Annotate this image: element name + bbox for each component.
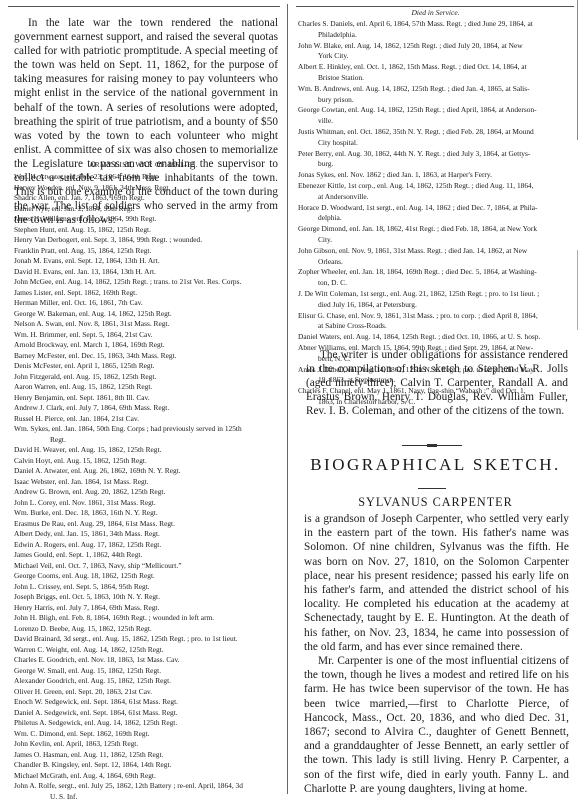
entry-text: George W. Bakeman, enl. Aug. 14, 1862, 1… — [14, 309, 172, 318]
list-item: Charles E. Goodrich, enl. Nov. 18, 1863,… — [14, 655, 284, 666]
entry-text: Herman Miller, enl. Oct. 16, 1861, 7th C… — [14, 298, 143, 307]
entry-text: Franklin Pratt, enl. Aug. 15, 1864, 125t… — [14, 246, 151, 255]
army-list: Wm. H. Atwater, enl. Feb. 23, 1864, 164t… — [14, 172, 284, 800]
list-item: Peter Berry, enl. Aug. 30, 1862, 44th N.… — [298, 149, 566, 171]
entry-text: Wm. B. Andrews, enl. Aug. 14, 1862, 125t… — [298, 84, 530, 93]
list-item: David H. Weaver, enl. Aug. 15, 1862, 125… — [14, 445, 284, 456]
list-item: Wm. H. Atwater, enl. Feb. 23, 1864, 164t… — [14, 172, 284, 183]
list-item: Horace D. Woodward, 1st sergt., enl. Aug… — [298, 203, 566, 225]
entry-continuation: ville. — [298, 116, 566, 127]
ornamental-rule — [402, 445, 462, 446]
entry-text: Oliver H. Green, enl. Sept. 20, 1863, 21… — [14, 687, 152, 696]
entry-continuation: Orleans. — [298, 257, 566, 268]
entry-continuation: City hospital. — [298, 138, 566, 149]
entry-text: John H. Bligh, enl. Feb. 8, 1864, 169th … — [14, 613, 214, 622]
list-item: Wm. C. Dimond, enl. Sept. 1862, 169th Re… — [14, 729, 284, 740]
entry-continuation: ton, D. C. — [298, 278, 566, 289]
page-edge-lower — [577, 250, 578, 330]
entry-text: Zopher Wheeler, enl. Jan. 18, 1864, 169t… — [298, 267, 537, 276]
entry-text: Albert E. Hinkley, enl. Oct. 1, 1862, 15… — [298, 62, 527, 71]
entry-text: Michael McGrath, enl. Aug. 4, 1864, 69th… — [14, 771, 156, 780]
list-item: Wm. Burke, enl. Dec. 18, 1863, 16th N. Y… — [14, 508, 284, 519]
entry-text: Lorenzo D. Beebe, Aug. 15, 1862, 125th R… — [14, 624, 152, 633]
entry-text: J. De Witt Coleman, 1st sergt., enl. Aug… — [298, 289, 539, 298]
bio-paragraph-2: Mr. Carpenter is one of the most influen… — [304, 654, 569, 796]
entry-text: Harvey Wooden, enl. Nov. 9, 1861, 34th M… — [14, 183, 170, 192]
entry-text: Denis McFester, enl. April 1, 1865, 125t… — [14, 361, 155, 370]
list-item: John H. Bligh, enl. Feb. 8, 1864, 169th … — [14, 613, 284, 624]
list-item: Wm. B. Andrews, enl. Aug. 14, 1862, 125t… — [298, 84, 566, 106]
entry-continuation: Bristoe Station. — [298, 73, 566, 84]
list-item: Charles S. Daniels, enl. April 6, 1864, … — [298, 19, 566, 41]
entry-text: Edwin A. Rogers, enl. Aug. 17, 1862, 125… — [14, 540, 161, 549]
list-item: Arnold Brockway, enl. March 1, 1864, 169… — [14, 340, 284, 351]
entry-text: Stephen Hunt, enl. Aug. 15, 1862, 125th … — [14, 225, 151, 234]
list-item: Jonas Sykes, enl. Nov. 1862 ; died Jan. … — [298, 170, 566, 181]
entry-continuation: City. — [298, 235, 566, 246]
entry-text: John Gibson, enl. Nov. 9, 1861, 31st Mas… — [298, 246, 527, 255]
list-item: James H. Williams, enl. Jan. 2, 1864, 99… — [14, 214, 284, 225]
list-item: Wm. Sykes, enl. Jan. 1864, 50th Eng. Cor… — [14, 424, 284, 445]
entry-text: Elisur G. Chase, enl. Nov. 9, 1861, 31st… — [298, 311, 538, 320]
entry-text: Philetus A. Sedgewick, enl. Aug. 14, 186… — [14, 718, 177, 727]
entry-continuation: U. S. Inf. — [22, 792, 284, 800]
list-item: Denis McFester, enl. April 1, 1865, 125t… — [14, 361, 284, 372]
entry-text: John L. Corey, enl. Nov. 1861, 31st Mass… — [14, 498, 156, 507]
list-item: George W. Small, enl. Aug. 15, 1862, 125… — [14, 666, 284, 677]
list-item: George Cowtan, enl. Aug. 14, 1862, 125th… — [298, 105, 566, 127]
entry-text: George Cooms, enl. Aug. 18, 1862, 125th … — [14, 571, 155, 580]
entry-text: Daniel Nye, enl. Jan. 2, 1864, 99th Regt… — [14, 204, 135, 213]
list-item: J. De Witt Coleman, 1st sergt., enl. Aug… — [298, 289, 566, 311]
list-item: John Gibson, enl. Nov. 9, 1861, 31st Mas… — [298, 246, 566, 268]
list-item: Henry Harris, enl. July 7, 1864, 69th Ma… — [14, 603, 284, 614]
entry-continuation: at Andersonville. — [298, 192, 566, 203]
list-item: Elisur G. Chase, enl. Nov. 9, 1861, 31st… — [298, 311, 566, 333]
entry-text: Michael Veil, enl. Oct. 7, 1863, Navy, s… — [14, 561, 181, 570]
entry-text: Andrew J. Clark, enl. July 7, 1864, 69th… — [14, 403, 169, 412]
top-rule-right — [296, 6, 574, 7]
page-edge — [577, 0, 578, 140]
entry-text: Wm. Sykes, enl. Jan. 1864, 50th Eng. Cor… — [14, 424, 242, 433]
list-item: Oliver H. Green, enl. Sept. 20, 1863, 21… — [14, 687, 284, 698]
entry-text: Horace D. Woodward, 1st sergt., enl. Aug… — [298, 203, 538, 212]
list-item: Ebenezer Kittle, 1st corp., enl. Aug. 14… — [298, 181, 566, 203]
entry-text: Ebenezer Kittle, 1st corp., enl. Aug. 14… — [298, 181, 534, 190]
entry-text: James Gould, enl. Sept. 1, 1862, 44th Re… — [14, 550, 142, 559]
entry-continuation: at Sabine Cross-Roads. — [298, 321, 566, 332]
entry-text: Joseph Briggs, enl. Oct. 5, 1863, 10th N… — [14, 592, 160, 601]
list-item: Warren C. Weight, enl. Aug. 14, 1862, 12… — [14, 645, 284, 656]
entry-text: John A. Rolfe, sergt., enl. July 25, 186… — [14, 781, 243, 790]
entry-text: John Fitzgerald, enl. Aug. 15, 1862, 125… — [14, 372, 156, 381]
list-item: Andrew G. Brown, enl. Aug. 20, 1862, 125… — [14, 487, 284, 498]
list-item: Stephen Hunt, enl. Aug. 15, 1862, 125th … — [14, 225, 284, 236]
list-item: Andrew J. Clark, enl. July 7, 1864, 69th… — [14, 403, 284, 414]
entry-text: John L. Crissey, enl. Sept. 5, 1864, 95t… — [14, 582, 150, 591]
list-item: Erasmus De Rau, enl. Aug. 29, 1864, 61st… — [14, 519, 284, 530]
list-item: Henry Van Derbogert, enl. Sept. 3, 1864,… — [14, 235, 284, 246]
list-item: Zopher Wheeler, enl. Jan. 18, 1864, 169t… — [298, 267, 566, 289]
list-item: Calvin Hoyt, enl. Aug. 15, 1862, 125th R… — [14, 456, 284, 467]
list-item: Albert E. Hinkley, enl. Oct. 1, 1862, 15… — [298, 62, 566, 84]
list-item: Aaron Warren, enl. Aug. 15, 1862, 125th … — [14, 382, 284, 393]
column-divider — [287, 4, 288, 794]
list-item: Franklin Pratt, enl. Aug. 15, 1864, 125t… — [14, 246, 284, 257]
entry-text: Wm. H. Atwater, enl. Feb. 23, 1864, 164t… — [14, 172, 158, 181]
entry-text: Wm. H. Brimmer, enl. Sept. 5, 1864, 21st… — [14, 330, 152, 339]
list-item: Justis Whitman, enl. Oct. 1862, 35th N. … — [298, 127, 566, 149]
list-item: Daniel A. Sedgewick, enl. Sept. 1864, 61… — [14, 708, 284, 719]
list-item: Edwin A. Rogers, enl. Aug. 17, 1862, 125… — [14, 540, 284, 551]
list-item: Albert Dedy, enl. Jan. 15, 1861, 34th Ma… — [14, 529, 284, 540]
entry-text: Henry Van Derbogert, enl. Sept. 3, 1864,… — [14, 235, 202, 244]
entry-text: Wm. Burke, enl. Dec. 18, 1863, 16th N. Y… — [14, 508, 158, 517]
list-item: Wm. H. Brimmer, enl. Sept. 5, 1864, 21st… — [14, 330, 284, 341]
entry-text: Russel H. Pierce, enl. Jan. 1864, 21st C… — [14, 414, 139, 423]
died-in-service-title: Died in Service. — [290, 8, 581, 17]
entry-text: Isaac Webster, enl. Jan. 1864, 1st Mass.… — [14, 477, 149, 486]
entry-text: Jonah M. Evans, enl. Sept. 12, 1864, 13t… — [14, 256, 160, 265]
army-list-title: ARMY LIST, WAR OF 1861–65. — [0, 160, 287, 169]
list-item: Herman Miller, enl. Oct. 16, 1861, 7th C… — [14, 298, 284, 309]
entry-text: Justis Whitman, enl. Oct. 1862, 35th N. … — [298, 127, 534, 136]
entry-text: Charles S. Daniels, enl. April 6, 1864, … — [298, 19, 533, 28]
entry-text: Arnold Brockway, enl. March 1, 1864, 169… — [14, 340, 165, 349]
short-rule — [418, 488, 446, 489]
list-item: George Cooms, enl. Aug. 18, 1862, 125th … — [14, 571, 284, 582]
list-item: Shadric Allen, enl. Jan. 7, 1863, 169th … — [14, 193, 284, 204]
entry-text: Enoch W. Sedgewick, enl. Sept. 1864, 61s… — [14, 697, 178, 706]
list-item: Barney McFester, enl. Dec. 15, 1863, 34t… — [14, 351, 284, 362]
entry-text: David H. Evans, enl. Jan. 13, 1864, 13th… — [14, 267, 156, 276]
entry-text: Daniel Waters, enl. Aug. 14, 1864, 125th… — [298, 332, 540, 341]
list-item: Russel H. Pierce, enl. Jan. 1864, 21st C… — [14, 414, 284, 425]
list-item: George Dimond, enl. Jan. 18, 1862, 41st … — [298, 224, 566, 246]
list-item: John Fitzgerald, enl. Aug. 15, 1862, 125… — [14, 372, 284, 383]
entry-text: Aaron Warren, enl. Aug. 15, 1862, 125th … — [14, 382, 152, 391]
list-item: John McGee, enl. Aug. 14, 1862, 125th Re… — [14, 277, 284, 288]
list-item: Daniel Waters, enl. Aug. 14, 1864, 125th… — [298, 332, 566, 343]
entry-text: James H. Williams, enl. Jan. 2, 1864, 99… — [14, 214, 156, 223]
bio-paragraph-1: is a grandson of Joseph Carpenter, who s… — [304, 512, 569, 654]
list-item: James Gould, enl. Sept. 1, 1862, 44th Re… — [14, 550, 284, 561]
entry-continuation: Philadelphia. — [298, 30, 566, 41]
list-item: John L. Corey, enl. Nov. 1861, 31st Mass… — [14, 498, 284, 509]
list-item: James O. Hasman, enl. Aug. 11, 1862, 125… — [14, 750, 284, 761]
list-item: Harvey Wooden, enl. Nov. 9, 1861, 34th M… — [14, 183, 284, 194]
entry-text: Andrew G. Brown, enl. Aug. 20, 1862, 125… — [14, 487, 165, 496]
list-item: Lorenzo D. Beebe, Aug. 15, 1862, 125th R… — [14, 624, 284, 635]
subject-name-heading: SYLVANUS CARPENTER — [290, 495, 581, 510]
entry-text: Warren C. Weight, enl. Aug. 14, 1862, 12… — [14, 645, 164, 654]
list-item: David Brainard, 3d sergt., enl. Aug. 15,… — [14, 634, 284, 645]
entry-text: Peter Berry, enl. Aug. 30, 1862, 44th N.… — [298, 149, 530, 158]
entry-text: Henry Harris, enl. July 7, 1864, 69th Ma… — [14, 603, 159, 612]
entry-text: Albert Dedy, enl. Jan. 15, 1861, 34th Ma… — [14, 529, 160, 538]
list-item: Michael McGrath, enl. Aug. 4, 1864, 69th… — [14, 771, 284, 782]
section-title: BIOGRAPHICAL SKETCH. — [290, 455, 581, 475]
list-item: John W. Blake, enl. Aug. 14, 1862, 125th… — [298, 41, 566, 63]
entry-text: Daniel A. Sedgewick, enl. Sept. 1864, 61… — [14, 708, 178, 717]
entry-text: Jonas Sykes, enl. Nov. 1862 ; died Jan. … — [298, 170, 492, 179]
entry-continuation: delphia. — [298, 213, 566, 224]
entry-continuation: Regt. — [22, 435, 284, 446]
list-item: Alexander Goodrich, enl. Aug. 15, 1862, … — [14, 676, 284, 687]
list-item: Philetus A. Sedgewick, enl. Aug. 14, 186… — [14, 718, 284, 729]
list-item: Joseph Briggs, enl. Oct. 5, 1863, 10th N… — [14, 592, 284, 603]
biography-body: is a grandson of Joseph Carpenter, who s… — [304, 512, 569, 796]
top-rule-left — [8, 6, 280, 7]
list-item: Michael Veil, enl. Oct. 7, 1863, Navy, s… — [14, 561, 284, 572]
list-item: Isaac Webster, enl. Jan. 1864, 1st Mass.… — [14, 477, 284, 488]
entry-text: Nelson A. Swan, enl. Nov. 8, 1861, 31st … — [14, 319, 169, 328]
entry-text: George W. Small, enl. Aug. 15, 1862, 125… — [14, 666, 161, 675]
list-item: Nelson A. Swan, enl. Nov. 8, 1861, 31st … — [14, 319, 284, 330]
entry-text: Charles E. Goodrich, enl. Nov. 18, 1863,… — [14, 655, 180, 664]
list-item: Daniel A. Atwater, enl. Aug. 26, 1862, 1… — [14, 466, 284, 477]
list-item: Chandler B. Kingsley, enl. Sept. 12, 186… — [14, 760, 284, 771]
entry-text: Wm. C. Dimond, enl. Sept. 1862, 169th Re… — [14, 729, 150, 738]
entry-continuation: bury prison. — [298, 95, 566, 106]
entry-text: Barney McFester, enl. Dec. 15, 1863, 34t… — [14, 351, 176, 360]
entry-text: David H. Weaver, enl. Aug. 15, 1862, 125… — [14, 445, 161, 454]
entry-text: James Lister, enl. Sept. 1862, 169th Reg… — [14, 288, 137, 297]
entry-text: Shadric Allen, enl. Jan. 7, 1863, 169th … — [14, 193, 145, 202]
entry-text: Alexander Goodrich, enl. Aug. 15, 1862, … — [14, 676, 171, 685]
acknowledgment-paragraph: The writer is under obligations for assi… — [306, 348, 568, 418]
entry-text: James O. Hasman, enl. Aug. 11, 1862, 125… — [14, 750, 163, 759]
list-item: George W. Bakeman, enl. Aug. 14, 1862, 1… — [14, 309, 284, 320]
entry-continuation: died July 16, 1864, at Petersburg. — [298, 300, 566, 311]
entry-text: John McGee, enl. Aug. 14, 1862, 125th Re… — [14, 277, 241, 286]
list-item: Daniel Nye, enl. Jan. 2, 1864, 99th Regt… — [14, 204, 284, 215]
entry-text: George Cowtan, enl. Aug. 14, 1862, 125th… — [298, 105, 537, 114]
entry-text: David Brainard, 3d sergt., enl. Aug. 15,… — [14, 634, 238, 643]
entry-text: Henry Benjamin, enl. Sept. 1861, 8th Ill… — [14, 393, 150, 402]
list-item: John A. Rolfe, sergt., enl. July 25, 186… — [14, 781, 284, 800]
list-item: Enoch W. Sedgewick, enl. Sept. 1864, 61s… — [14, 697, 284, 708]
list-item: David H. Evans, enl. Jan. 13, 1864, 13th… — [14, 267, 284, 278]
entry-text: Chandler B. Kingsley, enl. Sept. 12, 186… — [14, 760, 171, 769]
list-item: John Kevlin, enl. April, 1863, 125th Reg… — [14, 739, 284, 750]
entry-text: Erasmus De Rau, enl. Aug. 29, 1864, 61st… — [14, 519, 175, 528]
list-item: Jonah M. Evans, enl. Sept. 12, 1864, 13t… — [14, 256, 284, 267]
entry-text: George Dimond, enl. Jan. 18, 1862, 41st … — [298, 224, 537, 233]
list-item: John L. Crissey, enl. Sept. 5, 1864, 95t… — [14, 582, 284, 593]
entry-continuation: burg. — [298, 159, 566, 170]
entry-continuation: York City. — [298, 51, 566, 62]
entry-text: John Kevlin, enl. April, 1863, 125th Reg… — [14, 739, 138, 748]
entry-text: John W. Blake, enl. Aug. 14, 1862, 125th… — [298, 41, 523, 50]
entry-text: Daniel A. Atwater, enl. Aug. 26, 1862, 1… — [14, 466, 181, 475]
list-item: Henry Benjamin, enl. Sept. 1861, 8th Ill… — [14, 393, 284, 404]
entry-text: Calvin Hoyt, enl. Aug. 15, 1862, 125th R… — [14, 456, 147, 465]
list-item: James Lister, enl. Sept. 1862, 169th Reg… — [14, 288, 284, 299]
